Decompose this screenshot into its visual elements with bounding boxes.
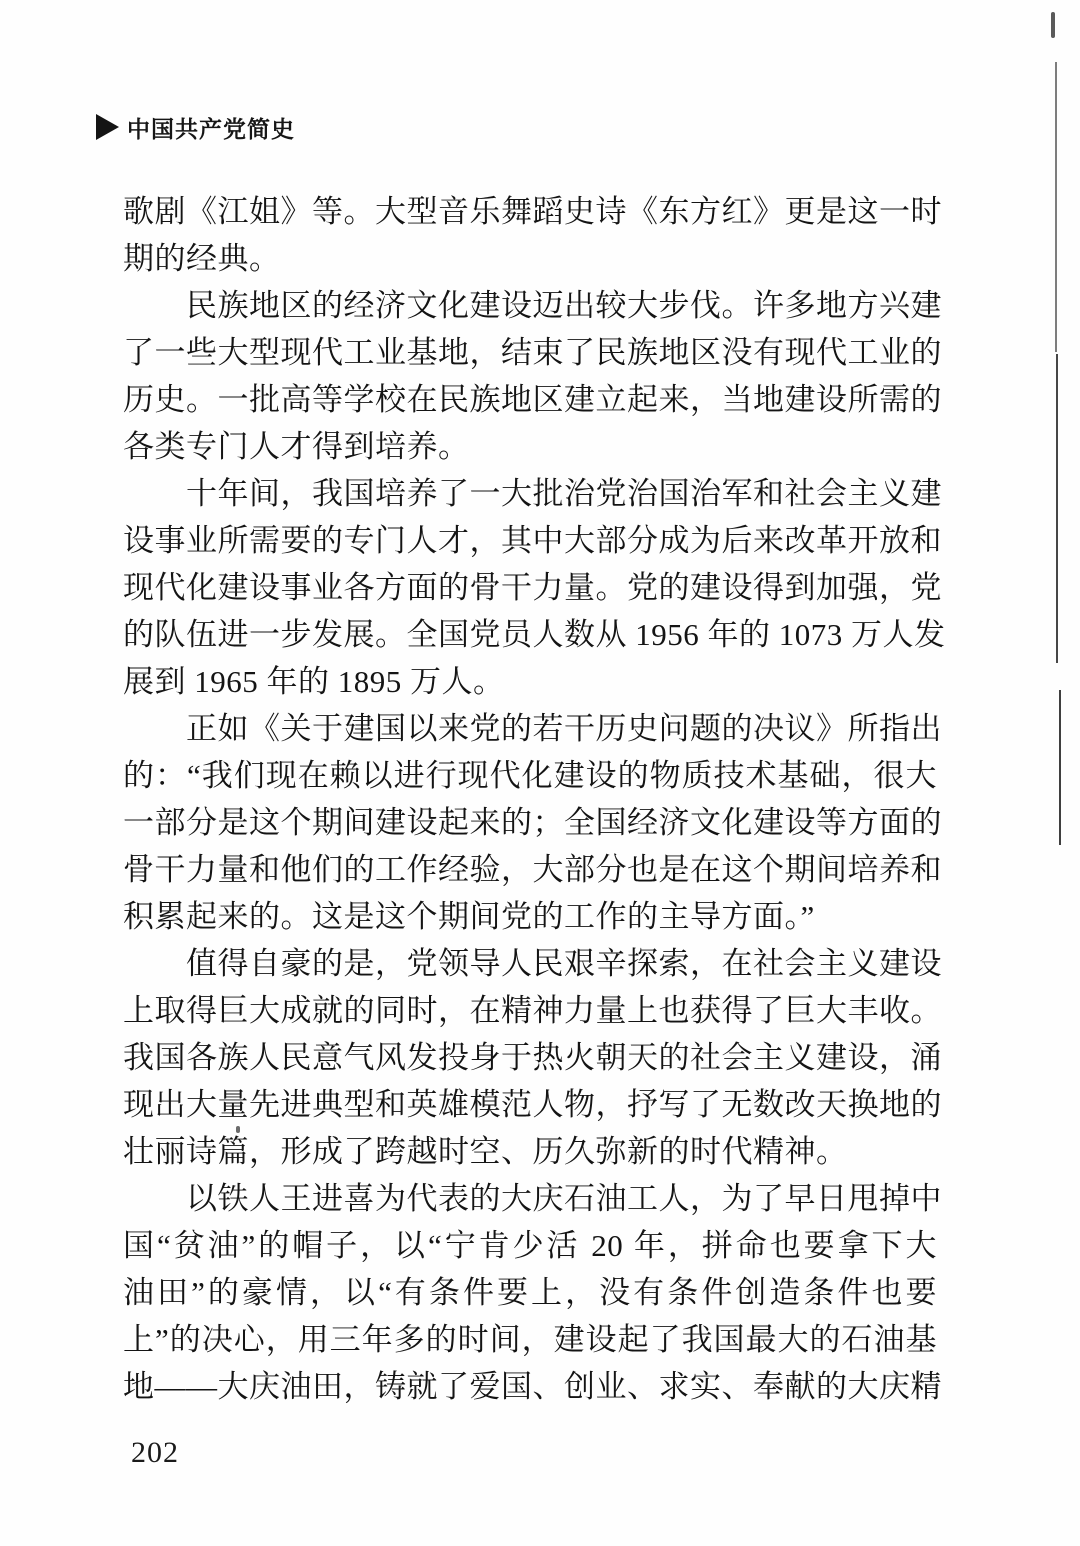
text-line: 国“贫油”的帽子，以“宁肯少活 20 年，拼命也要拿下大	[123, 1222, 937, 1269]
text-line: 的队伍进一步发展。全国党员人数从 1956 年的 1073 万人发	[123, 611, 937, 658]
book-title: 中国共产党简史	[127, 111, 295, 144]
scan-speck	[236, 1126, 240, 1133]
text-line: 以铁人王进喜为代表的大庆石油工人，为了早日甩掉中	[123, 1175, 937, 1222]
text-line: 地——大庆油田，铸就了爱国、创业、求实、奉献的大庆精	[123, 1363, 937, 1410]
text-line: 一部分是这个期间建设起来的；全国经济文化建设等方面的	[123, 799, 937, 846]
page-number: 202	[131, 1436, 179, 1470]
text-line: 十年间，我国培养了一大批治党治国治军和社会主义建	[123, 470, 937, 517]
text-line: 油田”的豪情，以“有条件要上，没有条件创造条件也要	[123, 1269, 937, 1316]
text-line: 积累起来的。这是这个期间党的工作的主导方面。”	[123, 893, 937, 940]
text-line: 正如《关于建国以来党的若干历史问题的决议》所指出	[123, 705, 937, 752]
text-line: 历史。一批高等学校在民族地区建立起来，当地建设所需的	[123, 376, 937, 423]
text-line: 歌剧《江姐》等。大型音乐舞蹈史诗《东方红》更是这一时	[123, 188, 937, 235]
text-line: 民族地区的经济文化建设迈出较大步伐。许多地方兴建	[123, 282, 937, 329]
text-line: 期的经典。	[123, 235, 937, 282]
text-line: 我国各族人民意气风发投身于热火朝天的社会主义建设，涌	[123, 1034, 937, 1081]
scan-artifact-mark	[1051, 12, 1055, 38]
scan-artifact-line	[1056, 354, 1058, 663]
text-line: 的：“我们现在赖以进行现代化建设的物质技术基础，很大	[123, 752, 937, 799]
text-line: 现出大量先进典型和英雄模范人物，抒写了无数改天换地的	[123, 1081, 937, 1128]
text-line: 展到 1965 年的 1895 万人。	[123, 658, 937, 705]
text-line: 骨干力量和他们的工作经验，大部分也是在这个期间培养和	[123, 846, 937, 893]
text-line: 现代化建设事业各方面的骨干力量。党的建设得到加强，党	[123, 564, 937, 611]
text-line: 了一些大型现代工业基地，结束了民族地区没有现代工业的	[123, 329, 937, 376]
text-line: 上”的决心，用三年多的时间，建设起了我国最大的石油基	[123, 1316, 937, 1363]
text-line: 壮丽诗篇，形成了跨越时空、历久弥新的时代精神。	[123, 1128, 937, 1175]
right-triangle-icon	[96, 114, 119, 140]
book-page: 中国共产党简史 歌剧《江姐》等。大型音乐舞蹈史诗《东方红》更是这一时期的经典。 …	[0, 0, 1080, 1546]
text-line: 值得自豪的是，党领导人民艰辛探索，在社会主义建设	[123, 940, 937, 987]
page-body-text: 歌剧《江姐》等。大型音乐舞蹈史诗《东方红》更是这一时期的经典。 民族地区的经济文…	[123, 188, 937, 1410]
text-line: 上取得巨大成就的同时，在精神力量上也获得了巨大丰收。	[123, 987, 937, 1034]
scan-artifact-line	[1059, 690, 1061, 845]
text-line: 各类专门人才得到培养。	[123, 423, 937, 470]
text-line: 设事业所需要的专门人才，其中大部分成为后来改革开放和	[123, 517, 937, 564]
scan-artifact-line	[1055, 62, 1057, 352]
page-header: 中国共产党简史	[96, 112, 295, 142]
